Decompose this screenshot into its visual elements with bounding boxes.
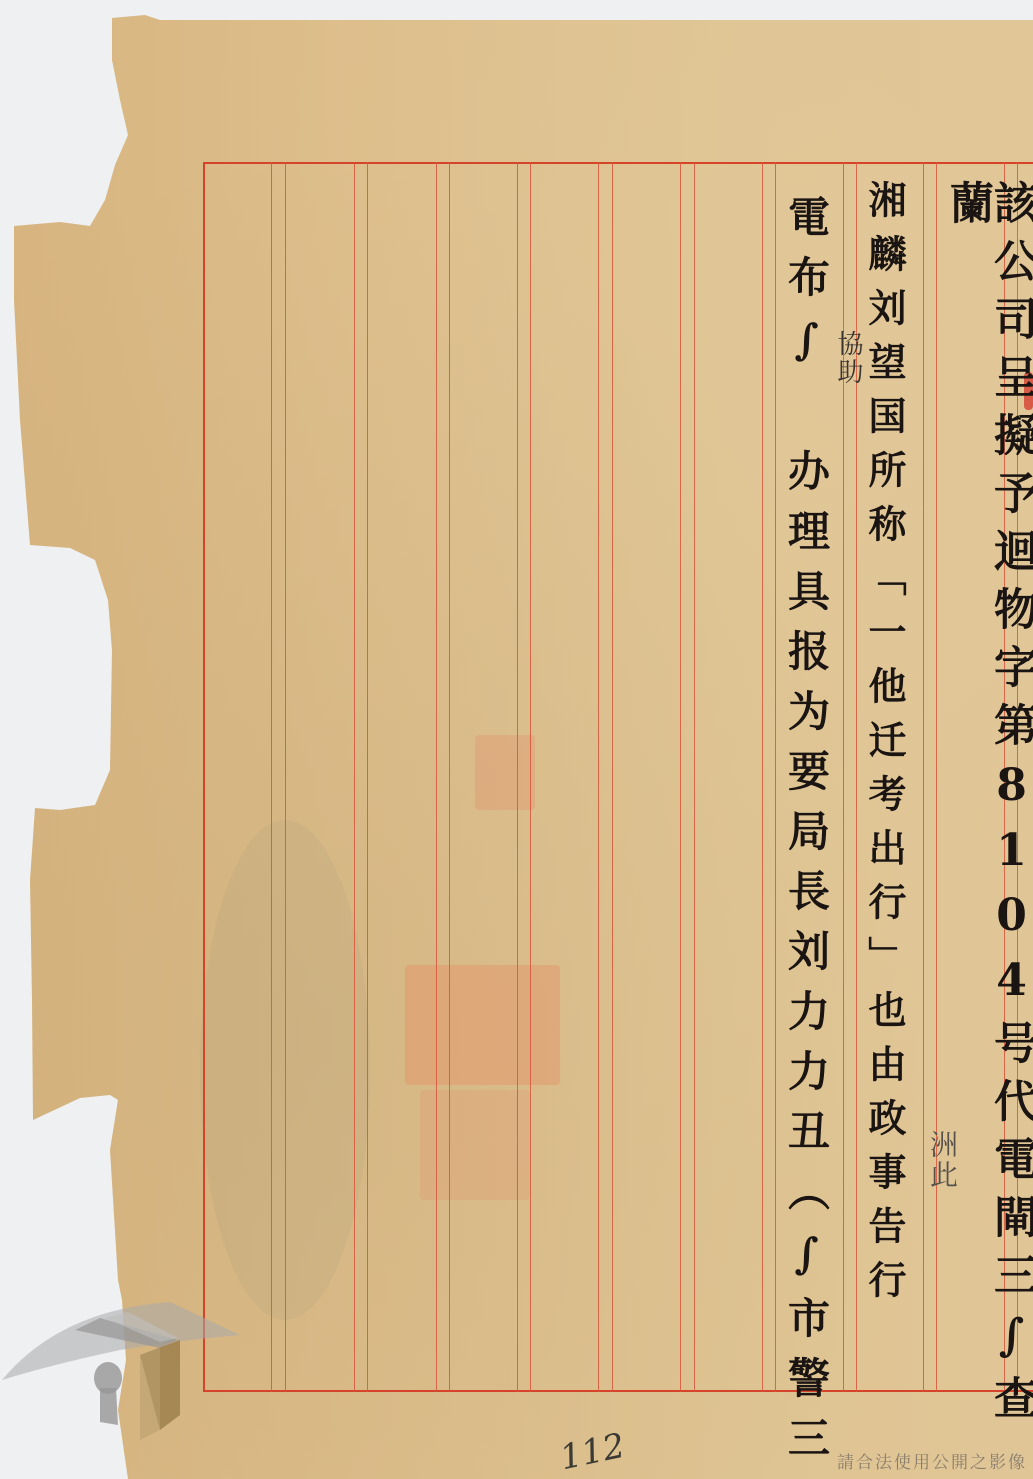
ruled-grid (203, 162, 1033, 1392)
rule-line (367, 162, 368, 1392)
rule-line (354, 162, 355, 1392)
marginal-note: 洲此 (922, 1130, 962, 1190)
rule-line (517, 162, 518, 1392)
archive-book-keyhole-icon (0, 1280, 250, 1450)
rule-line (694, 162, 695, 1392)
rule-line (436, 162, 437, 1392)
rule-line (936, 162, 937, 1392)
rule-line (285, 162, 286, 1392)
watermark-text: 請合法使用公開之影像 (837, 1448, 1027, 1473)
rule-line (598, 162, 599, 1392)
rule-line (923, 162, 924, 1392)
rule-line (680, 162, 681, 1392)
rule-line (775, 162, 776, 1392)
rule-line (612, 162, 613, 1392)
marginal-note: 協助 (830, 330, 867, 386)
rule-line (530, 162, 531, 1392)
text-column-3: 電布∫ 办理具报为要局長刘力力丑（∫市警三 (785, 195, 827, 1476)
rule-line (271, 162, 272, 1392)
rule-line (762, 162, 763, 1392)
text-column-2: 湘麟刘望国所称「一他迁考出行」也由政事告行 (865, 180, 903, 1314)
rule-line (449, 162, 450, 1392)
text-column-1: 該公司呈擬予迴物字第8104号代電閘三∫查蘭 (945, 180, 1033, 1479)
